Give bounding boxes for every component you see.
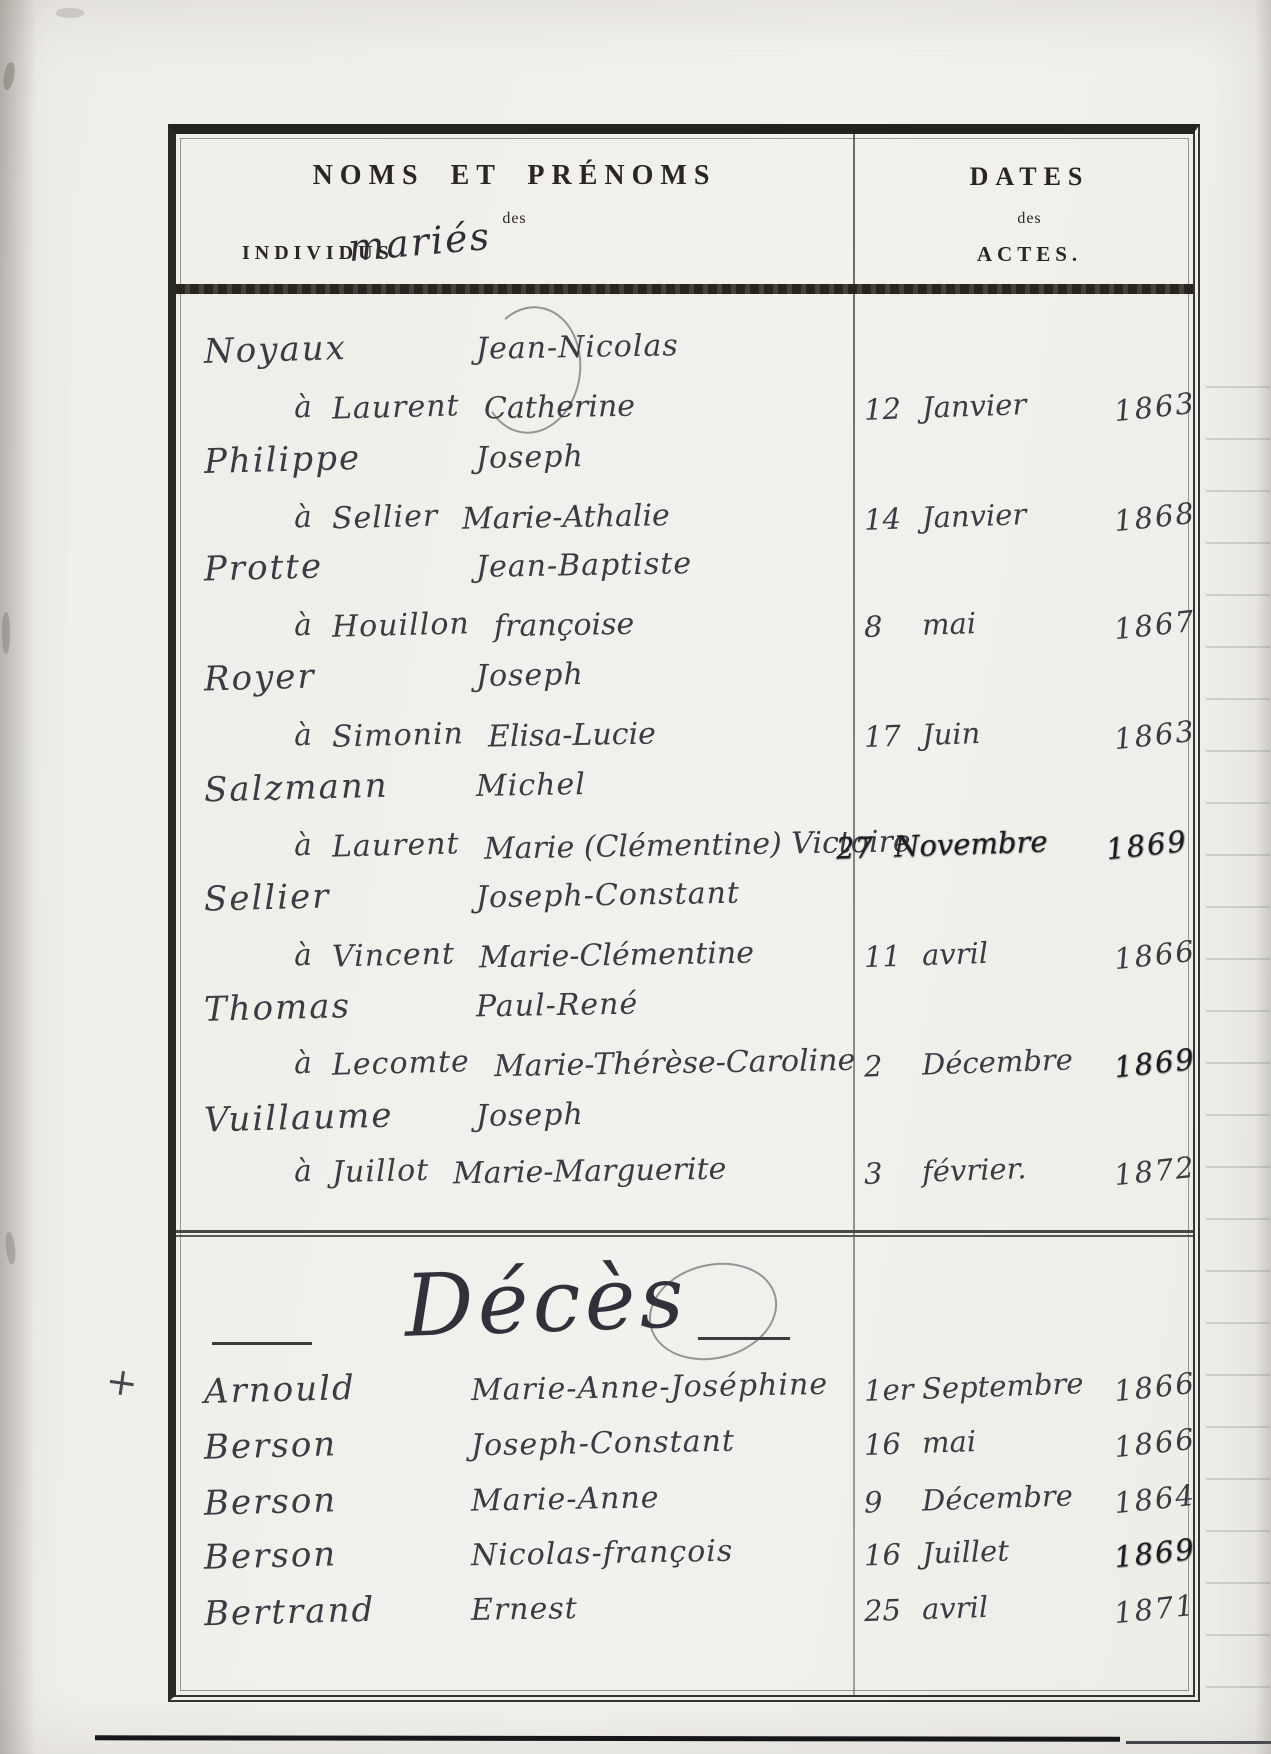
wife-name-group: àHouillonfrançoise: [294, 608, 634, 643]
deceased-given-names: Joseph-Constant: [471, 1424, 736, 1464]
act-month: Décembre: [921, 1478, 1073, 1517]
act-year: 1872: [1112, 1150, 1197, 1192]
dates-column-title: DATES: [853, 162, 1206, 192]
wife-given-names: Marie-Marguerite: [453, 1152, 727, 1192]
wife-surname: Juillot: [331, 1153, 429, 1191]
act-date: 8mai: [863, 606, 976, 645]
act-month: Juillet: [921, 1533, 1009, 1570]
act-day: 8: [863, 608, 922, 644]
deceased-given-names: Ernest: [471, 1591, 578, 1628]
act-day: 14: [863, 501, 922, 537]
deceased-surname: Bertrand: [204, 1590, 376, 1634]
scan-edge-line-2: [1126, 1741, 1271, 1744]
wife-surname: Houillon: [331, 606, 470, 645]
act-date: 16mai: [863, 1424, 976, 1463]
husband-surname: Vuillaume: [204, 1096, 394, 1141]
scanned-registry-page: + NOMS ET PRÉNOMS des INDIVIDUS mariés D…: [0, 0, 1271, 1754]
spouse-prefix: à: [293, 938, 313, 974]
act-day: 16: [863, 1426, 922, 1462]
deceased-given-names: Marie-Anne: [471, 1480, 660, 1518]
wife-given-names: Marie-Clémentine: [479, 936, 755, 976]
act-date: 1erSeptembre: [863, 1366, 1084, 1409]
act-year: 1868: [1112, 496, 1197, 538]
act-month: février.: [921, 1151, 1027, 1189]
act-month: mai: [921, 606, 976, 642]
deceased-surname: Arnould: [204, 1368, 357, 1412]
husband-surname: Thomas: [204, 986, 352, 1030]
act-date: 16Juillet: [863, 1533, 1009, 1573]
act-month: Juin: [921, 716, 980, 752]
act-day: 16: [863, 1537, 922, 1573]
husband-given-names: Joseph: [476, 657, 584, 694]
act-day: 25: [863, 1592, 922, 1628]
act-month: Janvier: [921, 497, 1026, 535]
act-month: Janvier: [921, 387, 1026, 425]
wife-given-names: Marie-Thérèse-Caroline: [493, 1043, 855, 1084]
act-date: 2Décembre: [863, 1042, 1073, 1084]
header-bottom-rule: [176, 284, 1193, 294]
husband-surname: Philippe: [204, 438, 362, 482]
column-divider-line: [853, 134, 855, 1695]
act-day: 27: [835, 830, 894, 866]
names-column-sub: des: [176, 210, 853, 228]
husband-surname: Sellier: [203, 876, 330, 919]
spouse-prefix: à: [293, 718, 313, 754]
act-day: 12: [863, 391, 922, 427]
act-date: 12Janvier: [863, 387, 1026, 428]
act-date: 17Juin: [863, 716, 980, 755]
wife-surname: Vincent: [331, 936, 455, 974]
deceased-surname: Berson: [203, 1424, 337, 1467]
act-year: 1867: [1112, 604, 1197, 646]
husband-surname: Salzmann: [204, 766, 390, 811]
husband-given-names: Jean-Baptiste: [476, 546, 693, 585]
margin-cross-mark: +: [103, 1358, 141, 1406]
spouse-prefix: à: [293, 828, 313, 864]
act-day: 3: [863, 1155, 922, 1191]
dates-column-label: ACTES.: [853, 242, 1206, 267]
act-day: 1er: [863, 1372, 922, 1408]
registry-table: NOMS ET PRÉNOMS des INDIVIDUS mariés DAT…: [168, 124, 1200, 1702]
act-date: 14Janvier: [863, 497, 1026, 538]
husband-surname: Protte: [203, 546, 323, 589]
husband-given-names: Joseph: [476, 1097, 584, 1134]
act-date: 27Novembre: [835, 824, 1048, 866]
names-column-title: NOMS ET PRÉNOMS: [176, 160, 853, 192]
act-month: Décembre: [921, 1042, 1073, 1081]
act-year: 1869: [1104, 824, 1189, 866]
paper-speck: [2, 61, 17, 90]
spouse-prefix: à: [293, 608, 313, 644]
act-date: 11avril: [863, 936, 988, 975]
scan-edge-line: [95, 1735, 1120, 1741]
spouse-prefix: à: [293, 1046, 313, 1082]
act-month: Novembre: [893, 824, 1048, 863]
act-year: 1864: [1112, 1478, 1197, 1520]
act-year: 1863: [1112, 714, 1197, 756]
spouse-prefix: à: [293, 1154, 313, 1190]
act-year: 1866: [1112, 1366, 1197, 1408]
act-month: avril: [921, 1590, 988, 1626]
act-date: 9Décembre: [863, 1478, 1073, 1520]
husband-given-names: Joseph: [476, 439, 584, 476]
act-day: 2: [863, 1048, 922, 1084]
act-date: 3février.: [863, 1151, 1027, 1192]
act-month: Septembre: [921, 1366, 1084, 1406]
act-year: 1869: [1112, 1532, 1197, 1574]
husband-surname: Noyaux: [204, 328, 348, 372]
spouse-prefix: à: [293, 390, 313, 426]
wife-name-group: àSimoninElisa-Lucie: [294, 718, 656, 753]
husband-given-names: Paul-René: [476, 987, 639, 1025]
husband-given-names: Jean-Nicolas: [476, 328, 679, 367]
wife-surname: Lecomte: [331, 1044, 470, 1083]
act-day: 11: [863, 938, 922, 974]
deceased-surname: Berson: [203, 1534, 337, 1577]
act-year: 1866: [1112, 934, 1197, 976]
act-month: avril: [921, 936, 988, 972]
wife-given-names: Catherine: [483, 389, 635, 427]
deceased-given-names: Marie-Anne-Joséphine: [471, 1367, 829, 1408]
wife-name-group: àVincentMarie-Clémentine: [294, 938, 754, 973]
husband-given-names: Michel: [476, 767, 586, 804]
wife-name-group: àLaurentMarie (Clémentine) Victoire: [294, 828, 910, 863]
wife-surname: Simonin: [331, 716, 464, 754]
spouse-prefix: à: [293, 500, 313, 536]
act-year: 1869: [1112, 1042, 1197, 1084]
wife-surname: Sellier: [331, 499, 438, 537]
wife-name-group: àSellierMarie-Athalie: [294, 500, 670, 535]
dates-column-sub: des: [853, 210, 1206, 228]
heading-dash-left: [212, 1342, 312, 1345]
husband-given-names: Joseph-Constant: [476, 876, 741, 916]
wife-given-names: françoise: [493, 607, 634, 644]
faint-ruled-lines: [1206, 336, 1270, 1696]
act-year: 1866: [1112, 1422, 1197, 1464]
paper-speck: [4, 1232, 16, 1265]
wife-given-names: Elisa-Lucie: [488, 717, 656, 755]
act-month: mai: [921, 1424, 976, 1460]
act-year: 1863: [1112, 386, 1197, 428]
wife-name-group: àLaurentCatherine: [294, 390, 634, 425]
act-day: 17: [863, 718, 922, 754]
deceased-surname: Berson: [203, 1480, 337, 1523]
wife-name-group: àJuillotMarie-Marguerite: [294, 1154, 727, 1189]
act-date: 25avril: [863, 1590, 988, 1629]
paper-speck: [2, 612, 10, 654]
wife-given-names: Marie-Athalie: [462, 498, 670, 537]
paper-speck: [56, 8, 84, 18]
husband-surname: Royer: [203, 657, 316, 700]
wife-surname: Laurent: [331, 388, 459, 426]
heading-dash-right: [698, 1337, 790, 1340]
act-year: 1871: [1112, 1588, 1197, 1630]
wife-surname: Laurent: [331, 826, 459, 864]
act-day: 9: [863, 1484, 922, 1520]
wife-name-group: àLecomteMarie-Thérèse-Caroline: [294, 1046, 855, 1081]
deceased-given-names: Nicolas-françois: [471, 1534, 734, 1574]
section-divider-rule: [176, 1230, 1193, 1237]
